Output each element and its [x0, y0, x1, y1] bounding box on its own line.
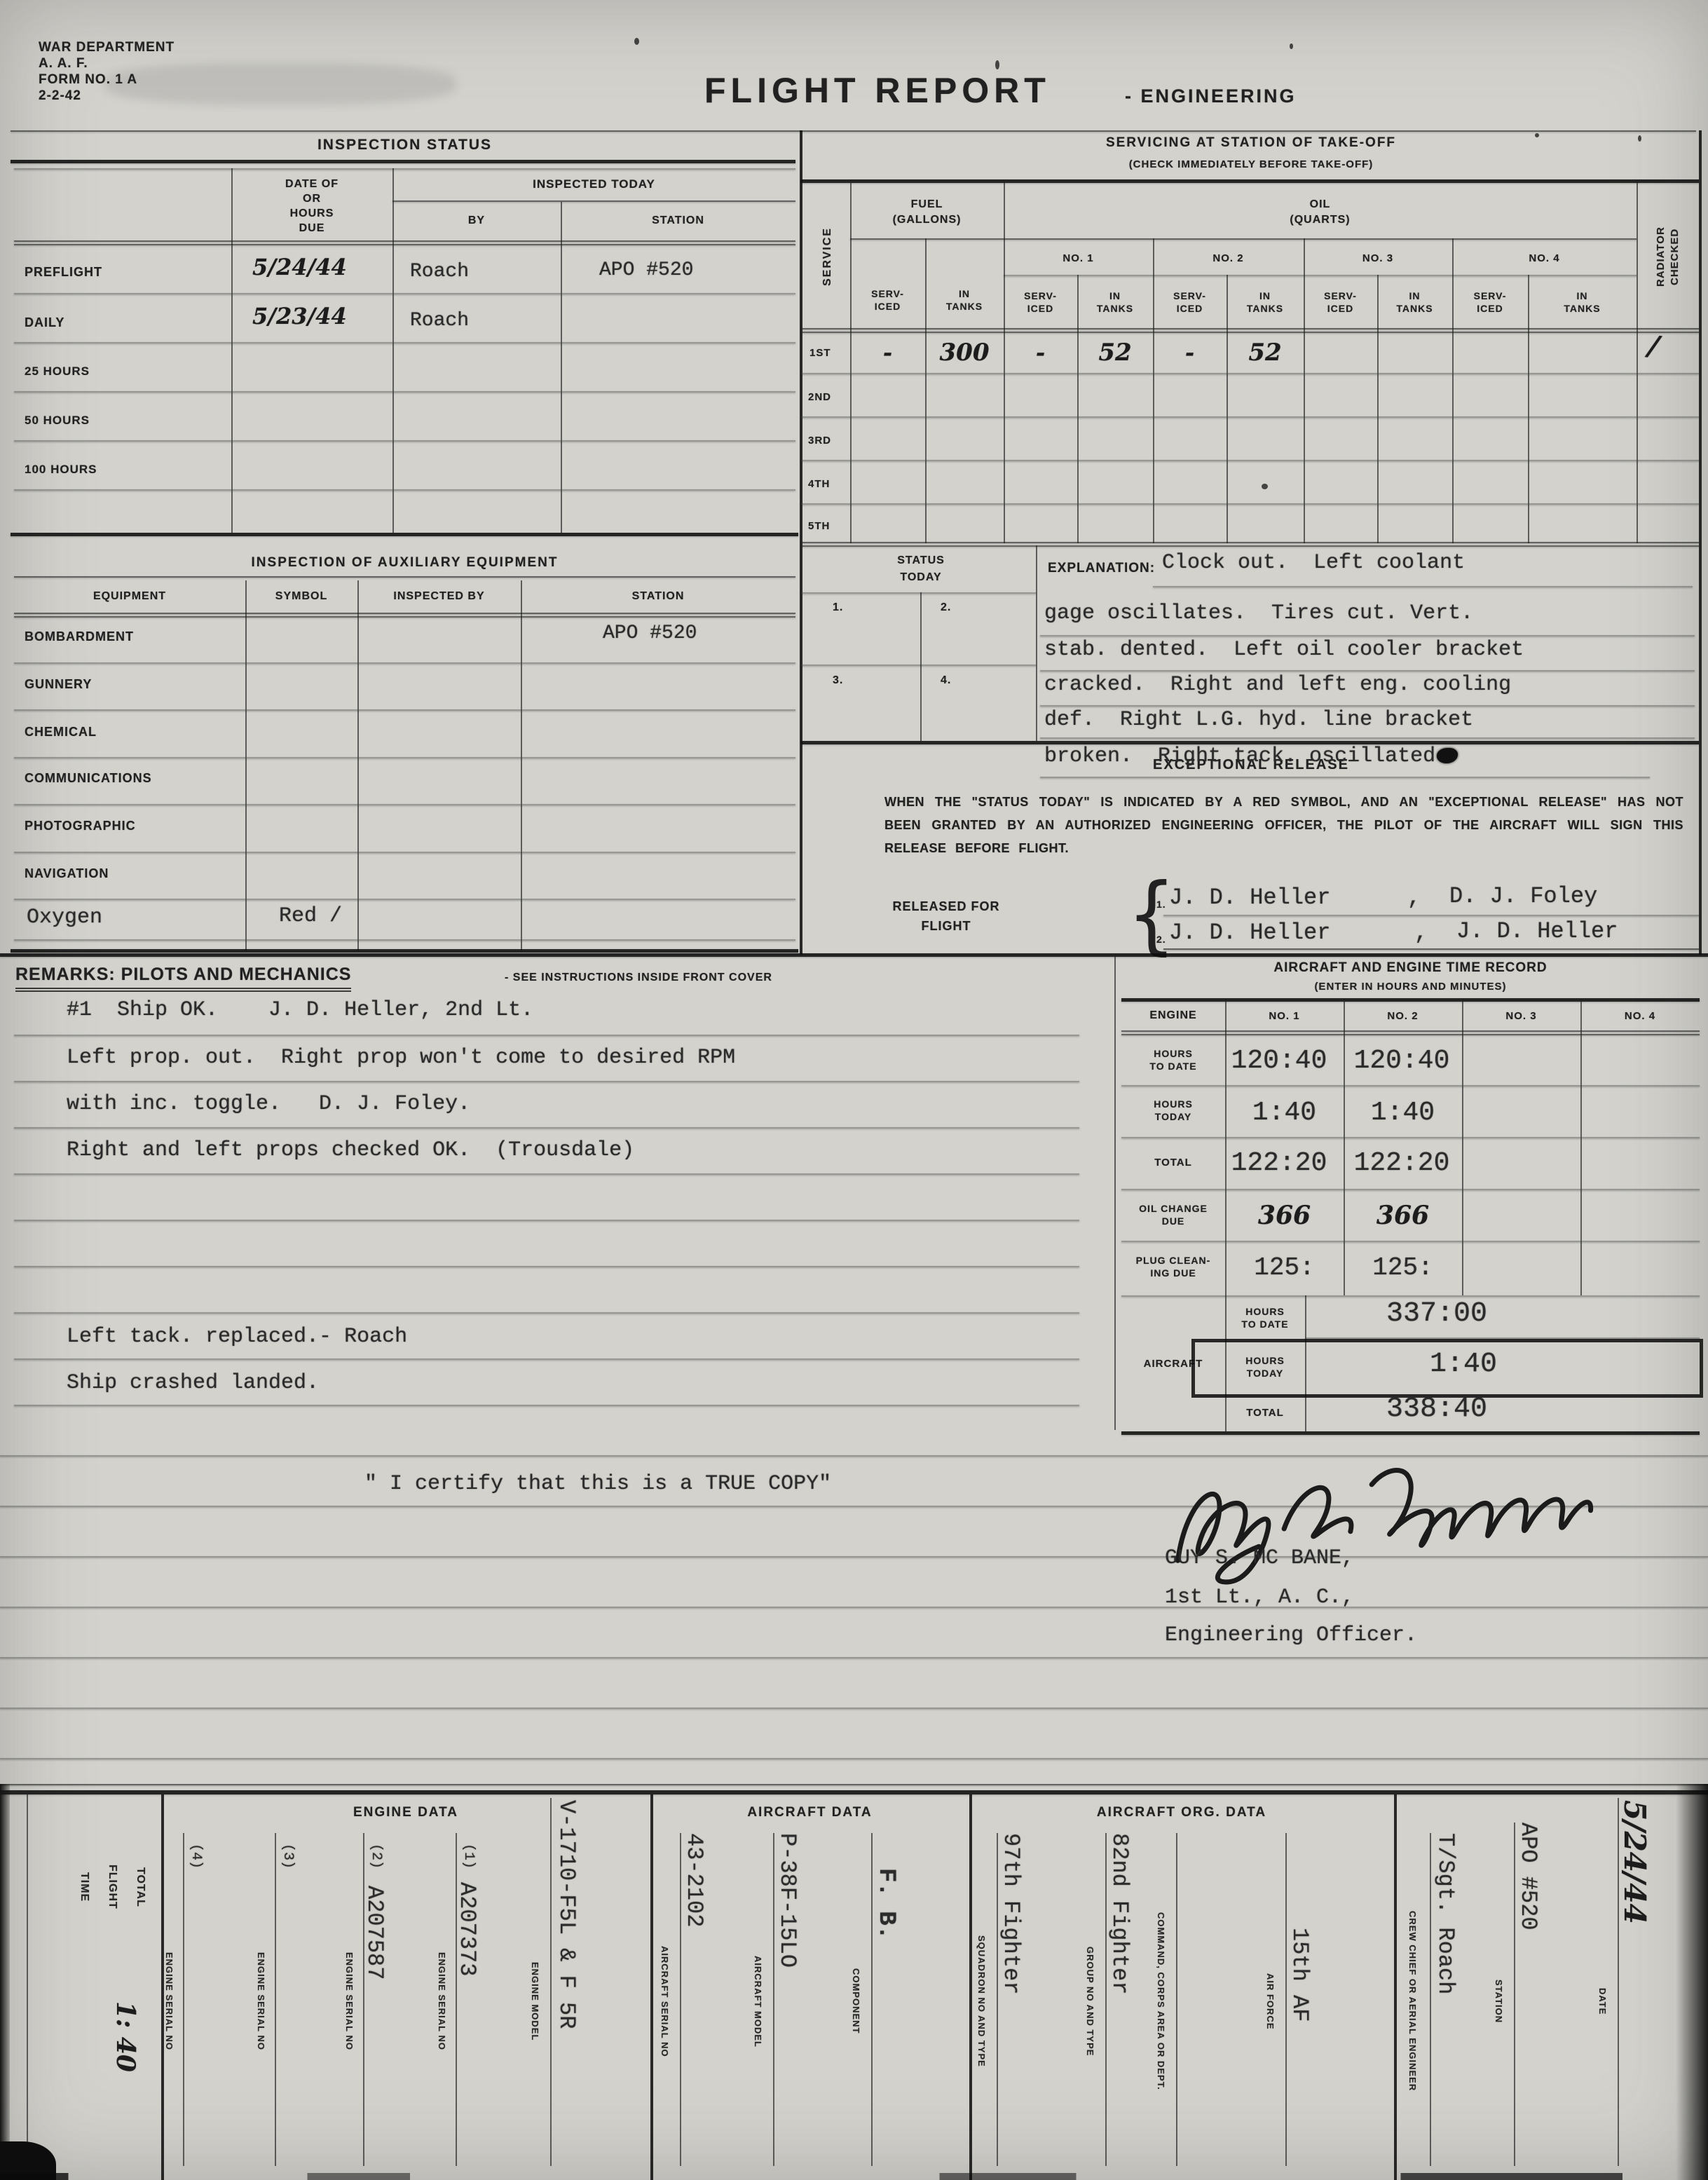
rule: [14, 440, 795, 442]
scan-edge-left: [0, 1784, 10, 2180]
rule: [801, 179, 1699, 183]
fuel-intanks-value: 300: [925, 335, 1004, 370]
oil1-intanks-header: IN TANKS: [1077, 279, 1153, 325]
remarks-title: REMARKS: PILOTS AND MECHANICS: [15, 965, 351, 992]
grid-line: [245, 580, 247, 951]
field-rule: [1176, 1833, 1177, 2166]
aircraft-serial-value: 43-2102: [681, 1833, 707, 1927]
tr-oil-no1-value: 366: [1225, 1193, 1344, 1238]
time-record-subtitle: (ENTER IN HOURS AND MINUTES): [1121, 979, 1700, 994]
tr-header-no3: NO. 3: [1462, 1004, 1580, 1028]
rule: [14, 1081, 1079, 1082]
status-today-title: STATUS TODAY: [806, 550, 1036, 589]
oil4-intanks-header: IN TANKS: [1528, 279, 1637, 325]
fuel-serviced-header: SERV- ICED: [850, 275, 925, 325]
explanation-line-4: cracked. Right and left eng. cooling: [1044, 673, 1511, 697]
tr-row-plug-cleaning: PLUG CLEAN- ING DUE: [1121, 1244, 1225, 1290]
rule: [801, 460, 1699, 461]
release-line-2-number: 2.: [1156, 934, 1166, 945]
aircraft-org-data-header: AIRCRAFT ORG. DATA: [969, 1803, 1394, 1823]
rule: [14, 757, 795, 758]
release-signature-2b: J. D. Heller: [1456, 918, 1618, 944]
war-department-line: WAR DEPARTMENT: [39, 39, 175, 55]
release-separator-2: ,: [1414, 920, 1428, 946]
engine-serial-3-number: (3): [280, 1844, 296, 1869]
rule: [1121, 1030, 1700, 1032]
col-header-fuel: FUEL (GALLONS): [850, 188, 1004, 237]
certify-rank: 1st Lt., A. C.,: [1165, 1586, 1354, 1609]
rule: [14, 1358, 1079, 1360]
rule: [14, 899, 795, 900]
oil2-serviced-value: -: [1153, 336, 1227, 369]
engine-model-label: ENGINE MODEL: [530, 1837, 540, 2166]
grid-line: [920, 592, 922, 741]
oil1-intanks-value: 52: [1077, 335, 1153, 370]
col-header-oil-no1: NO. 1: [1004, 245, 1153, 271]
rule: [801, 416, 1699, 418]
remarks-line-8: Left tack. replaced.- Roach: [67, 1325, 407, 1349]
grid-line: [357, 580, 359, 951]
rule: [1121, 1137, 1700, 1138]
tr-aircraft-total-label: TOTAL: [1225, 1395, 1305, 1430]
row-label-daily: DAILY: [25, 315, 64, 330]
grid-line: [561, 202, 562, 533]
section-divider: [969, 1794, 972, 2180]
preflight-date-value: 5/24/44: [252, 254, 347, 280]
rule: [11, 533, 798, 536]
rule: [801, 328, 1699, 329]
released-for-flight-label: RELEASED FOR FLIGHT: [876, 892, 1016, 941]
servicing-title: SERVICING AT STATION OF TAKE-OFF: [806, 133, 1696, 153]
aux-header-equipment: EQUIPMENT: [18, 586, 242, 607]
explanation-label: EXPLANATION:: [1048, 561, 1155, 576]
scan-speck: [1262, 484, 1268, 489]
engine-model-value: V-1710-F5L & F 5R: [554, 1800, 580, 2029]
rule: [14, 1035, 1079, 1036]
col-header-oil: OIL (QUARTS): [1004, 188, 1637, 237]
certify-name: GUY S. MC BANE,: [1165, 1546, 1354, 1570]
grid-line: [231, 168, 233, 533]
engine-serial-4-number: (4): [188, 1844, 204, 1869]
rule: [1121, 998, 1700, 1002]
station-label: STATION: [1494, 1837, 1504, 2166]
preflight-by-value: Roach: [410, 261, 469, 282]
rule: [14, 240, 795, 242]
explanation-line-2: gage oscillates. Tires cut. Vert.: [1044, 601, 1473, 625]
remarks-line-4: Right and left props checked OK. (Trousd…: [67, 1138, 634, 1162]
aux-bombardment-station-value: APO #520: [603, 622, 697, 644]
rule: [0, 1607, 1708, 1608]
tr-total-no1-value: 122:20: [1212, 1141, 1346, 1185]
air-force-value: 15th AF: [1287, 1928, 1313, 2022]
aux-row-communications: COMMUNICATIONS: [25, 771, 152, 786]
rule: [1040, 635, 1695, 636]
rule: [1004, 275, 1637, 276]
rule: [14, 1220, 1079, 1221]
rule: [1163, 915, 1699, 916]
aux-row-navigation: NAVIGATION: [25, 866, 109, 881]
tr-aircraft-ht-value: 1:40: [1430, 1349, 1497, 1380]
aux-row-photographic: PHOTOGRAPHIC: [25, 819, 136, 833]
tr-aircraft-total-value: 338:40: [1386, 1394, 1487, 1425]
remarks-subtitle: - SEE INSTRUCTIONS INSIDE FRONT COVER: [505, 972, 772, 984]
engine-serial-3-label: ENGINE SERIAL NO: [256, 1837, 266, 2166]
scan-edge-bottom: [0, 2173, 1708, 2180]
scan-smudge: [105, 63, 456, 105]
tr-plug-no1-value: 125:: [1225, 1245, 1344, 1290]
col-header-oil-no2: NO. 2: [1153, 245, 1304, 271]
explanation-line-6-text: broken. Right tack. oscillated: [1044, 744, 1435, 768]
col-header-radiator: RADIATOR CHECKED: [1639, 186, 1697, 327]
tr-aircraft-ht-label: HOURS TODAY: [1225, 1347, 1305, 1387]
aircraft-data-header: AIRCRAFT DATA: [650, 1803, 969, 1823]
rule: [14, 489, 795, 491]
aux-row-oxygen-value: Oxygen: [27, 906, 102, 929]
rule: [14, 804, 795, 805]
engine-serial-2-label: ENGINE SERIAL NO: [344, 1837, 355, 2166]
fuel-intanks-header: IN TANKS: [925, 275, 1004, 325]
group-label: GROUP NO AND TYPE: [1085, 1837, 1095, 2166]
rule: [801, 373, 1699, 374]
rule: [14, 613, 795, 614]
release-signature-2a: J. D. Heller: [1169, 920, 1330, 946]
oil2-intanks-header: IN TANKS: [1227, 279, 1304, 325]
row-label-25-hours: 25 HOURS: [25, 365, 90, 379]
rule: [0, 1784, 1708, 1785]
service-row-2nd: 2ND: [808, 391, 831, 403]
rule: [14, 709, 795, 711]
signature: [1130, 1415, 1646, 1599]
release-body-text: WHEN THE "STATUS TODAY" IS INDICATED BY …: [884, 791, 1683, 860]
release-signature-1b: D. J. Foley: [1449, 883, 1597, 909]
rule: [14, 342, 795, 343]
rule: [14, 293, 795, 294]
scan-speck: [1290, 43, 1293, 49]
inspection-status-title: INSPECTION STATUS: [14, 133, 795, 157]
rule: [14, 576, 795, 578]
tr-header-engine: ENGINE: [1121, 1004, 1225, 1028]
aux-title: INSPECTION OF AUXILIARY EQUIPMENT: [14, 552, 795, 573]
ink-blot: [1437, 748, 1458, 763]
oil3-serviced-header: SERV- ICED: [1304, 279, 1377, 325]
preflight-station-value: APO #520: [599, 259, 693, 281]
scan-speck: [1638, 135, 1641, 142]
fuel-serviced-value: -: [850, 336, 925, 369]
rule: [801, 332, 1699, 333]
scan-speck: [634, 38, 639, 45]
section-divider: [650, 1794, 653, 2180]
aircraft-model-label: AIRCRAFT MODEL: [753, 1837, 763, 2166]
aircraft-model-value: P-38F-15LO: [774, 1833, 800, 1968]
rule: [1040, 670, 1695, 672]
crew-chief-value: T/Sgt. Roach: [1433, 1833, 1458, 1994]
aux-header-station: STATION: [521, 586, 795, 607]
servicing-subtitle: (CHECK IMMEDIATELY BEFORE TAKE-OFF): [806, 156, 1696, 172]
tr-htd-no2-value: 120:40: [1335, 1039, 1468, 1082]
component-value: F. B.: [873, 1868, 899, 1940]
field-rule: [550, 1798, 552, 2166]
scan-edge-right: [1676, 1784, 1708, 2180]
oil2-serviced-header: SERV- ICED: [1153, 279, 1227, 325]
service-row-3rd: 3RD: [808, 435, 831, 447]
rule: [801, 592, 1036, 594]
row-label-50-hours: 50 HOURS: [25, 414, 90, 428]
oil1-serviced-value: -: [1004, 336, 1077, 369]
release-signature-1a: J. D. Heller: [1169, 885, 1330, 911]
section-divider: [1394, 1794, 1397, 2180]
aux-row-bombardment: BOMBARDMENT: [25, 629, 134, 644]
service-row-1st: 1ST: [809, 347, 831, 359]
rule: [392, 200, 795, 202]
service-row-5th: 5TH: [808, 520, 830, 532]
date-label: DATE: [1597, 1837, 1608, 2166]
rule: [0, 1790, 1708, 1794]
rule: [14, 1266, 1079, 1267]
rule: [1121, 1241, 1700, 1242]
daily-by-value: Roach: [410, 310, 469, 332]
grid-line: [1153, 238, 1154, 543]
rule: [1040, 705, 1695, 707]
rule: [1040, 737, 1695, 739]
status-cell-2: 2.: [941, 601, 951, 614]
remarks-right-divider: [1114, 953, 1116, 1430]
component-label: COMPONENT: [851, 1837, 861, 2166]
engine-serial-2-value: A207587: [362, 1886, 388, 1980]
rule: [1163, 948, 1699, 950]
field-rule: [1430, 1833, 1431, 2166]
daily-date-value: 5/23/44: [252, 303, 347, 329]
rule: [14, 852, 795, 853]
tr-row-total: TOTAL: [1121, 1141, 1225, 1183]
release-separator-1: ,: [1407, 885, 1421, 911]
rule: [14, 244, 795, 245]
rule: [14, 939, 795, 941]
explanation-line-3: stab. dented. Left oil cooler bracket: [1044, 638, 1524, 662]
col-header-date-due: DATE OF OR HOURS DUE: [235, 172, 389, 240]
field-rule: [275, 1833, 276, 2166]
tr-oil-no2-value: 366: [1344, 1193, 1462, 1238]
certify-role: Engineering Officer.: [1165, 1623, 1417, 1647]
oil3-intanks-header: IN TANKS: [1377, 279, 1452, 325]
tr-aircraft-htd-label: HOURS TO DATE: [1225, 1298, 1305, 1337]
certify-statement: " I certify that this is a TRUE COPY": [364, 1472, 831, 1496]
service-row-4th: 4TH: [808, 478, 830, 490]
scan-speck: [1535, 133, 1539, 137]
aux-header-symbol: SYMBOL: [245, 586, 357, 607]
rule: [850, 238, 1004, 240]
squadron-value: 97th Fighter: [998, 1833, 1024, 1994]
section-divider: [0, 953, 1708, 957]
engine-serial-1-number: (1): [460, 1844, 477, 1869]
tr-plug-no2-value: 125:: [1344, 1245, 1462, 1290]
release-line-1-number: 1.: [1156, 899, 1166, 910]
total-flight-time-label: TOTAL FLIGHT TIME: [70, 1803, 154, 1971]
tr-row-hours-to-date: HOURS TO DATE: [1121, 1037, 1225, 1082]
engine-serial-2-number: (2): [368, 1844, 384, 1869]
squadron-label: SQUADRON NO AND TYPE: [976, 1837, 987, 2166]
tr-ht-no1-value: 1:40: [1225, 1091, 1344, 1134]
rule: [0, 1708, 1708, 1709]
panel-edge: [1699, 130, 1702, 955]
grid-line: [925, 238, 927, 543]
header-divider: [11, 130, 1696, 132]
row-label-preflight: PREFLIGHT: [25, 265, 102, 280]
field-rule: [363, 1833, 364, 2166]
tr-aircraft-htd-value: 337:00: [1386, 1298, 1487, 1330]
page-title: FLIGHT REPORT: [704, 70, 1051, 111]
rule: [14, 168, 795, 170]
total-flight-time-value: 1: 40: [111, 2001, 140, 2072]
grid-line: [1637, 179, 1638, 543]
tr-htd-no1-value: 120:40: [1212, 1039, 1346, 1082]
grid-line: [392, 168, 394, 533]
col-header-by: BY: [392, 210, 561, 231]
status-cell-3: 3.: [833, 674, 843, 687]
time-record-title: AIRCRAFT AND ENGINE TIME RECORD: [1121, 959, 1700, 977]
rule: [14, 1127, 1079, 1129]
tr-header-no4: NO. 4: [1580, 1004, 1700, 1028]
rule: [0, 1657, 1708, 1658]
tr-header-no2: NO. 2: [1344, 1004, 1462, 1028]
aux-row-gunnery: GUNNERY: [25, 677, 92, 692]
rule: [801, 665, 1036, 666]
rule: [14, 1405, 1079, 1406]
rule: [14, 1173, 1079, 1175]
remarks-line-2: Left prop. out. Right prop won't come to…: [67, 1046, 735, 1070]
explanation-line-5: def. Right L.G. hyd. line bracket: [1044, 708, 1473, 732]
engine-serial-1-value: A207373: [454, 1882, 480, 1976]
status-cell-4: 4.: [941, 674, 951, 687]
oil2-intanks-value: 52: [1227, 335, 1304, 370]
col-header-oil-no3: NO. 3: [1304, 245, 1452, 271]
rule: [0, 1758, 1708, 1759]
rule: [1153, 586, 1693, 587]
rule: [801, 545, 1699, 547]
col-header-inspected-today: INSPECTED TODAY: [392, 174, 795, 195]
status-cell-1: 1.: [833, 601, 843, 614]
aux-oxygen-symbol-value: Red /: [279, 904, 342, 928]
rule: [11, 949, 798, 953]
remarks-line-1: #1 Ship OK. J. D. Heller, 2nd Lt.: [67, 998, 533, 1022]
col-header-station: STATION: [561, 210, 795, 231]
flight-report-form: WAR DEPARTMENT A. A. F. FORM NO. 1 A 2-2…: [0, 0, 1708, 2180]
col-header-service: SERVICE: [808, 186, 847, 327]
rule: [1040, 777, 1650, 778]
group-value: 82nd Fighter: [1107, 1833, 1133, 1994]
date-value: 5/24/44: [1618, 1800, 1652, 1924]
rule: [801, 542, 1699, 543]
remarks-line-3: with inc. toggle. D. J. Foley.: [67, 1092, 470, 1116]
rule: [801, 503, 1699, 505]
tr-row-hours-today: HOURS TODAY: [1121, 1088, 1225, 1133]
grid-line: [521, 580, 522, 951]
rule: [1004, 238, 1637, 240]
rule: [1121, 1085, 1700, 1086]
command-label: COMMAND, CORPS AREA OR DEPT.: [1156, 1837, 1166, 2166]
grid-line: [1452, 238, 1454, 543]
tr-total-no2-value: 122:20: [1335, 1141, 1468, 1185]
grid-line: [1036, 545, 1037, 741]
field-rule: [183, 1833, 184, 2166]
col-header-oil-no4: NO. 4: [1452, 245, 1637, 271]
oil1-serviced-header: SERV- ICED: [1004, 279, 1077, 325]
row-label-100-hours: 100 HOURS: [25, 463, 97, 477]
rule: [14, 616, 795, 618]
page-subtitle: - ENGINEERING: [1125, 86, 1297, 107]
rule: [14, 391, 795, 393]
grid-line: [1580, 998, 1582, 1295]
air-force-label: AIR FORCE: [1265, 1837, 1276, 2166]
oil4-serviced-header: SERV- ICED: [1452, 279, 1528, 325]
engine-serial-4-label: ENGINE SERIAL NO: [164, 1837, 175, 2166]
crew-chief-label: CREW CHIEF OR AERIAL ENGINEER: [1407, 1837, 1418, 2166]
radiator-check-mark: /: [1646, 329, 1661, 363]
grid-line: [1304, 238, 1305, 543]
rule: [1121, 1189, 1700, 1190]
tr-row-oil-change: OIL CHANGE DUE: [1121, 1192, 1225, 1238]
rule: [14, 662, 795, 664]
scan-speck: [995, 60, 999, 69]
explanation-line-6: broken. Right tack. oscillated: [1044, 744, 1458, 768]
remarks-line-9: Ship crashed landed.: [67, 1371, 319, 1395]
station-value: APO #520: [1515, 1823, 1541, 1930]
grid-line: [27, 1794, 28, 2180]
tr-header-no1: NO. 1: [1225, 1004, 1344, 1028]
explanation-line-1: Clock out. Left coolant: [1162, 551, 1465, 575]
rule: [11, 160, 795, 163]
aux-header-inspected-by: INSPECTED BY: [357, 586, 521, 607]
aircraft-serial-label: AIRCRAFT SERIAL NO: [660, 1837, 670, 2166]
aux-row-chemical: CHEMICAL: [25, 725, 97, 740]
rule: [14, 1312, 1079, 1314]
engine-serial-1-label: ENGINE SERIAL NO: [437, 1837, 447, 2166]
tr-ht-no2-value: 1:40: [1344, 1091, 1462, 1134]
rule: [1121, 1034, 1700, 1035]
